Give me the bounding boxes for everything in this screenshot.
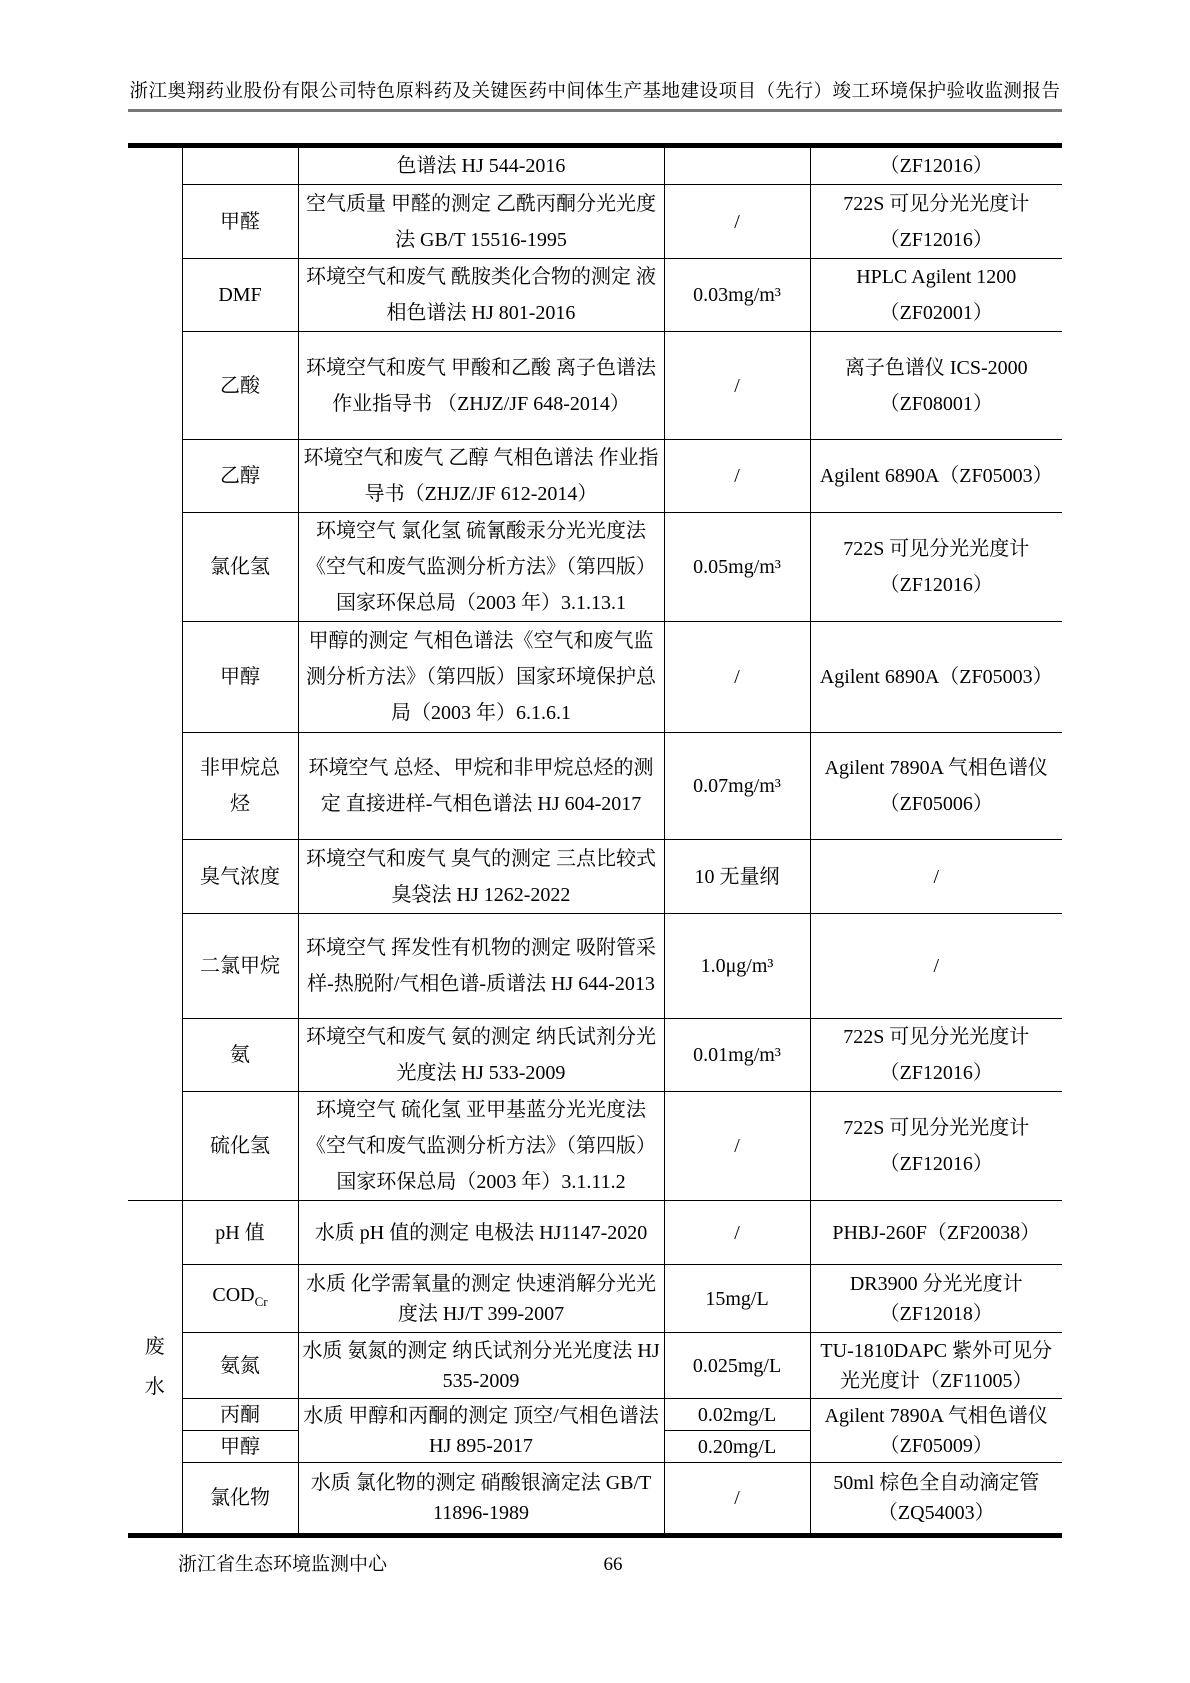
header-rule (128, 109, 1062, 112)
limit-cell: / (664, 1201, 810, 1265)
limit-cell: 0.025mg/L (664, 1333, 810, 1399)
limit-cell: 0.05mg/m³ (664, 513, 810, 622)
limit-cell: 0.03mg/m³ (664, 259, 810, 332)
table-row: 氨 环境空气和废气 氨的测定 纳氏试剂分光光度法 HJ 533-2009 0.0… (128, 1019, 1062, 1092)
method-cell: 甲醇的测定 气相色谱法《空气和废气监测分析方法》（第四版）国家环境保护总局（20… (298, 622, 664, 733)
limit-cell: / (664, 332, 810, 440)
method-cell: 色谱法 HJ 544-2016 (298, 146, 664, 185)
method-cell: 水质 甲醇和丙酮的测定 顶空/气相色谱法 HJ 895-2017 (298, 1399, 664, 1463)
report-header: 浙江奥翔药业股份有限公司特色原料药及关键医药中间体生产基地建设项目（先行）竣工环… (128, 80, 1062, 104)
param-cell: pH 值 (182, 1201, 298, 1265)
limit-cell: / (664, 622, 810, 733)
monitoring-table: 色谱法 HJ 544-2016 （ZF12016） 甲醛 空气质量 甲醛的测定 … (128, 143, 1062, 1538)
table-row: 氯化物 水质 氯化物的测定 硝酸银滴定法 GB/T 11896-1989 / 5… (128, 1463, 1062, 1536)
instrument-cell: TU-1810DAPC 紫外可见分光光度计（ZF11005） (810, 1333, 1062, 1399)
method-cell: 水质 化学需氧量的测定 快速消解分光光度法 HJ/T 399-2007 (298, 1265, 664, 1333)
instrument-cell: Agilent 6890A（ZF05003） (810, 440, 1062, 513)
instrument-cell: / (810, 914, 1062, 1019)
limit-cell: 0.02mg/L (664, 1399, 810, 1431)
method-cell: 环境空气 硫化氢 亚甲基蓝分光光度法《空气和废气监测分析方法》（第四版）国家环保… (298, 1092, 664, 1201)
table-row: 丙酮 水质 甲醇和丙酮的测定 顶空/气相色谱法 HJ 895-2017 0.02… (128, 1399, 1062, 1431)
param-cell: 丙酮 (182, 1399, 298, 1431)
param-cell: 臭气浓度 (182, 840, 298, 914)
param-cell: 二氯甲烷 (182, 914, 298, 1019)
param-cell: 氯化氢 (182, 513, 298, 622)
table-row: 硫化氢 环境空气 硫化氢 亚甲基蓝分光光度法《空气和废气监测分析方法》（第四版）… (128, 1092, 1062, 1201)
param-cell: 硫化氢 (182, 1092, 298, 1201)
limit-cell: / (664, 440, 810, 513)
instrument-cell: Agilent 7890A 气相色谱仪（ZF05009） (810, 1399, 1062, 1463)
method-cell: 环境空气 挥发性有机物的测定 吸附管采样-热脱附/气相色谱-质谱法 HJ 644… (298, 914, 664, 1019)
table-row: 甲醛 空气质量 甲醛的测定 乙酰丙酮分光光度法 GB/T 15516-1995 … (128, 185, 1062, 259)
limit-cell: 0.07mg/m³ (664, 733, 810, 840)
table-row: 臭气浓度 环境空气和废气 臭气的测定 三点比较式臭袋法 HJ 1262-2022… (128, 840, 1062, 914)
method-cell: 空气质量 甲醛的测定 乙酰丙酮分光光度法 GB/T 15516-1995 (298, 185, 664, 259)
param-cell: 甲醇 (182, 622, 298, 733)
document-page: 浙江奥翔药业股份有限公司特色原料药及关键医药中间体生产基地建设项目（先行）竣工环… (0, 0, 1190, 1683)
limit-cell: / (664, 1092, 810, 1201)
limit-cell: / (664, 185, 810, 259)
instrument-cell: 离子色谱仪 ICS-2000（ZF08001） (810, 332, 1062, 440)
table-row: 色谱法 HJ 544-2016 （ZF12016） (128, 146, 1062, 185)
instrument-cell: Agilent 6890A（ZF05003） (810, 622, 1062, 733)
table-row: 氨氮 水质 氨氮的测定 纳氏试剂分光光度法 HJ 535-2009 0.025m… (128, 1333, 1062, 1399)
instrument-cell: 50ml 棕色全自动滴定管（ZQ54003） (810, 1463, 1062, 1536)
instrument-cell: 722S 可见分光光度计（ZF12016） (810, 513, 1062, 622)
param-cell: 乙醇 (182, 440, 298, 513)
category-label: 废水 (144, 1327, 166, 1407)
method-cell: 环境空气和废气 甲酸和乙酸 离子色谱法 作业指导书 （ZHJZ/JF 648-2… (298, 332, 664, 440)
param-text: COD (212, 1284, 254, 1306)
instrument-cell: HPLC Agilent 1200（ZF02001） (810, 259, 1062, 332)
limit-cell (664, 146, 810, 185)
method-cell: 环境空气和废气 酰胺类化合物的测定 液相色谱法 HJ 801-2016 (298, 259, 664, 332)
param-cell: 非甲烷总烃 (182, 733, 298, 840)
table-row: 氯化氢 环境空气 氯化氢 硫氰酸汞分光光度法《空气和废气监测分析方法》（第四版）… (128, 513, 1062, 622)
footer-organization: 浙江省生态环境监测中心 (178, 1552, 387, 1578)
category-cell-air (128, 146, 182, 1201)
method-cell: 环境空气 总烃、甲烷和非甲烷总烃的测定 直接进样-气相色谱法 HJ 604-20… (298, 733, 664, 840)
param-cell: 氨氮 (182, 1333, 298, 1399)
category-cell-wastewater: 废水 (128, 1201, 182, 1536)
param-cell: 氯化物 (182, 1463, 298, 1536)
method-cell: 水质 氯化物的测定 硝酸银滴定法 GB/T 11896-1989 (298, 1463, 664, 1536)
param-cell (182, 146, 298, 185)
instrument-cell: Agilent 7890A 气相色谱仪（ZF05006） (810, 733, 1062, 840)
instrument-cell: 722S 可见分光光度计（ZF12016） (810, 185, 1062, 259)
instrument-cell: / (810, 840, 1062, 914)
method-cell: 环境空气和废气 氨的测定 纳氏试剂分光光度法 HJ 533-2009 (298, 1019, 664, 1092)
instrument-cell: 722S 可见分光光度计（ZF12016） (810, 1092, 1062, 1201)
table-row: 乙醇 环境空气和废气 乙醇 气相色谱法 作业指导书（ZHJZ/JF 612-20… (128, 440, 1062, 513)
method-cell: 环境空气 氯化氢 硫氰酸汞分光光度法《空气和废气监测分析方法》（第四版）国家环保… (298, 513, 664, 622)
monitoring-table-wrap: 色谱法 HJ 544-2016 （ZF12016） 甲醛 空气质量 甲醛的测定 … (128, 143, 1062, 1538)
table-row: 废水 pH 值 水质 pH 值的测定 电极法 HJ1147-2020 / PHB… (128, 1201, 1062, 1265)
limit-cell: 10 无量纲 (664, 840, 810, 914)
table-row: 二氯甲烷 环境空气 挥发性有机物的测定 吸附管采样-热脱附/气相色谱-质谱法 H… (128, 914, 1062, 1019)
limit-cell: 0.01mg/m³ (664, 1019, 810, 1092)
table-row: DMF 环境空气和废气 酰胺类化合物的测定 液相色谱法 HJ 801-2016 … (128, 259, 1062, 332)
footer-page-number: 66 (583, 1552, 643, 1578)
param-cell: DMF (182, 259, 298, 332)
method-cell: 环境空气和废气 臭气的测定 三点比较式臭袋法 HJ 1262-2022 (298, 840, 664, 914)
param-cell: 氨 (182, 1019, 298, 1092)
table-row: CODCr 水质 化学需氧量的测定 快速消解分光光度法 HJ/T 399-200… (128, 1265, 1062, 1333)
param-cell: 甲醛 (182, 185, 298, 259)
table-row: 非甲烷总烃 环境空气 总烃、甲烷和非甲烷总烃的测定 直接进样-气相色谱法 HJ … (128, 733, 1062, 840)
instrument-cell: DR3900 分光光度计（ZF12018） (810, 1265, 1062, 1333)
limit-cell: 1.0μg/m³ (664, 914, 810, 1019)
instrument-cell: （ZF12016） (810, 146, 1062, 185)
method-cell: 水质 pH 值的测定 电极法 HJ1147-2020 (298, 1201, 664, 1265)
limit-cell: / (664, 1463, 810, 1536)
limit-cell: 0.20mg/L (664, 1431, 810, 1463)
param-cell: 甲醇 (182, 1431, 298, 1463)
method-cell: 水质 氨氮的测定 纳氏试剂分光光度法 HJ 535-2009 (298, 1333, 664, 1399)
table-row: 甲醇 甲醇的测定 气相色谱法《空气和废气监测分析方法》（第四版）国家环境保护总局… (128, 622, 1062, 733)
param-cell: 乙酸 (182, 332, 298, 440)
instrument-cell: 722S 可见分光光度计（ZF12016） (810, 1019, 1062, 1092)
limit-cell: 15mg/L (664, 1265, 810, 1333)
param-subscript: Cr (255, 1294, 268, 1309)
instrument-cell: PHBJ-260F（ZF20038） (810, 1201, 1062, 1265)
param-cell: CODCr (182, 1265, 298, 1333)
method-cell: 环境空气和废气 乙醇 气相色谱法 作业指导书（ZHJZ/JF 612-2014） (298, 440, 664, 513)
table-row: 乙酸 环境空气和废气 甲酸和乙酸 离子色谱法 作业指导书 （ZHJZ/JF 64… (128, 332, 1062, 440)
